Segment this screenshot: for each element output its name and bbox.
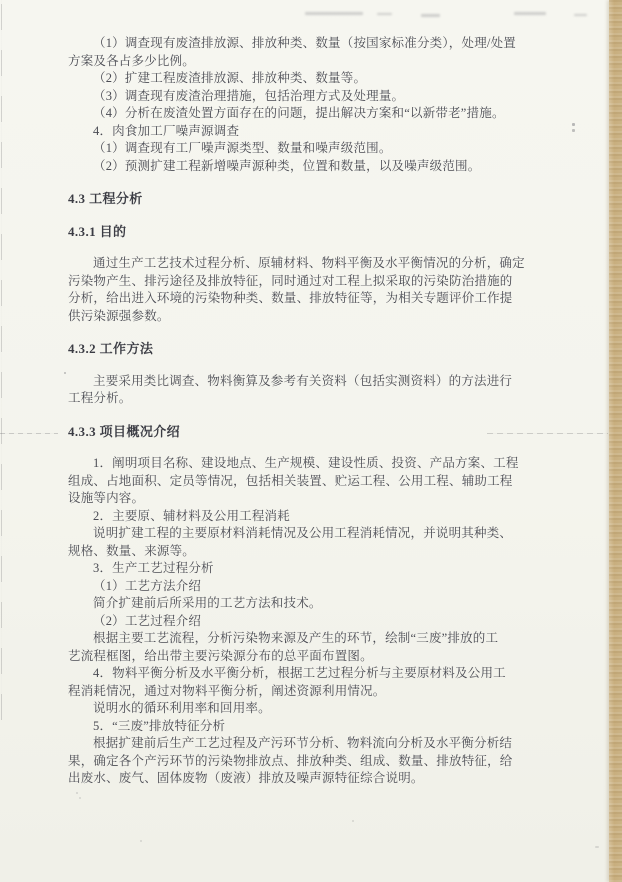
document-content: （1）调查现有废渣排放源、排放种类、数量（按国家标准分类），处理/处置 方案及各… xyxy=(68,35,508,788)
text-line: （2）预测扩建工程新增噪声源种类，位置和数量，以及噪声级范围。 xyxy=(68,158,508,176)
scan-speck xyxy=(76,792,78,794)
section-heading-4-3-1: 4.3.1 目的 xyxy=(68,223,508,241)
text-line: 4．物料平衡分析及水平衡分析，根据工艺过程分析与主要原材料及公用工 xyxy=(68,665,508,683)
text-line: 4．肉食加工厂噪声源调查 xyxy=(68,123,508,141)
text-line: （3）调查现有废渣治理措施，包括治理方式及处理量。 xyxy=(68,88,508,106)
text-line: 3．生产工艺过程分析 xyxy=(68,560,508,578)
text-line: （4）分析在废渣处置方面存在的问题，提出解决方案和“以新带老”措施。 xyxy=(68,105,508,123)
text-line: 果，确定各个产污环节的污染物排放点、排放种类、组成、数量、排放特征，给 xyxy=(68,753,508,771)
text-line: 简介扩建前后所采用的工艺方法和技术。 xyxy=(68,595,508,613)
scan-smudge xyxy=(305,12,363,15)
text-line: 艺流程框图，给出带主要污染源分布的总平面布置图。 xyxy=(68,648,508,666)
scan-speck xyxy=(572,123,575,126)
fold-line-left xyxy=(0,433,58,434)
text-line: 2．主要原、辅材料及公用工程消耗 xyxy=(68,508,508,526)
text-line: 通过生产工艺技术过程分析、原辅材料、物料平衡及水平衡情况的分析，确定 xyxy=(68,255,508,273)
scan-smudge xyxy=(574,14,587,16)
text-line: 主要采用类比调查、物料衡算及参考有关资料（包括实测资料）的方法进行 xyxy=(68,373,508,391)
paper-left-edge-artifact xyxy=(1,0,2,720)
text-line: 工程分析。 xyxy=(68,390,508,408)
text-line: 程消耗情况，通过对物料平衡分析，阐述资源利用情况。 xyxy=(68,683,508,701)
scanner-edge-strip xyxy=(609,0,622,882)
scan-speck xyxy=(64,372,66,374)
text-line: 说明水的循环利用率和回用率。 xyxy=(68,700,508,718)
text-line: 根据主要工艺流程，分析污染物来源及产生的环节，绘制“三废”排放的工 xyxy=(68,630,508,648)
text-line: 污染物产生、排污途径及排放特征，同时通过对工程上拟采取的污染防治措施的 xyxy=(68,273,508,291)
scan-smudge xyxy=(421,14,440,17)
text-line: （1）调查现有废渣排放源、排放种类、数量（按国家标准分类），处理/处置 xyxy=(68,35,508,53)
section-heading-4-3: 4.3 工程分析 xyxy=(68,190,508,208)
text-line: （2）扩建工程废渣排放源、排放种类、数量等。 xyxy=(68,70,508,88)
text-line: 规格、数量、来源等。 xyxy=(68,543,508,561)
scan-speck xyxy=(595,846,599,848)
text-line: 供污染源强参数。 xyxy=(68,308,508,326)
text-line: （1）调查现有工厂噪声源类型、数量和噪声级范围。 xyxy=(68,140,508,158)
text-line: 分析，给出进入环境的污染物种类、数量、排放特征等，为相关专题评价工作提 xyxy=(68,290,508,308)
scan-speck xyxy=(140,840,142,842)
text-line: 组成、占地面积、定员等情况，包括相关装置、贮运工程、公用工程、辅助工程 xyxy=(68,473,508,491)
scanned-document-page: （1）调查现有废渣排放源、排放种类、数量（按国家标准分类），处理/处置 方案及各… xyxy=(0,0,622,882)
section-heading-4-3-2: 4.3.2 工作方法 xyxy=(68,340,508,358)
text-line: 方案及各占多少比例。 xyxy=(68,53,508,71)
scan-smudge xyxy=(514,12,546,15)
scan-smudge xyxy=(377,13,392,15)
text-line: 出废水、废气、固体废物（废液）排放及噪声源特征综合说明。 xyxy=(68,770,508,788)
text-line: 设施等内容。 xyxy=(68,490,508,508)
text-line: 5．“三废”排放特征分析 xyxy=(68,718,508,736)
section-heading-4-3-3: 4.3.3 项目概况介绍 xyxy=(68,423,508,441)
text-line: （1）工艺方法介绍 xyxy=(68,578,508,596)
text-line: （2）工艺过程介绍 xyxy=(68,613,508,631)
text-line: 说明扩建工程的主要原材料消耗情况及公用工程消耗情况，并说明其种类、 xyxy=(68,525,508,543)
scan-speck xyxy=(352,820,354,822)
text-line: 1．阐明项目名称、建设地点、生产规模、建设性质、投资、产品方案、工程 xyxy=(68,455,508,473)
text-line: 根据扩建前后生产工艺过程及产污环节分析、物料流向分析及水平衡分析结 xyxy=(68,735,508,753)
